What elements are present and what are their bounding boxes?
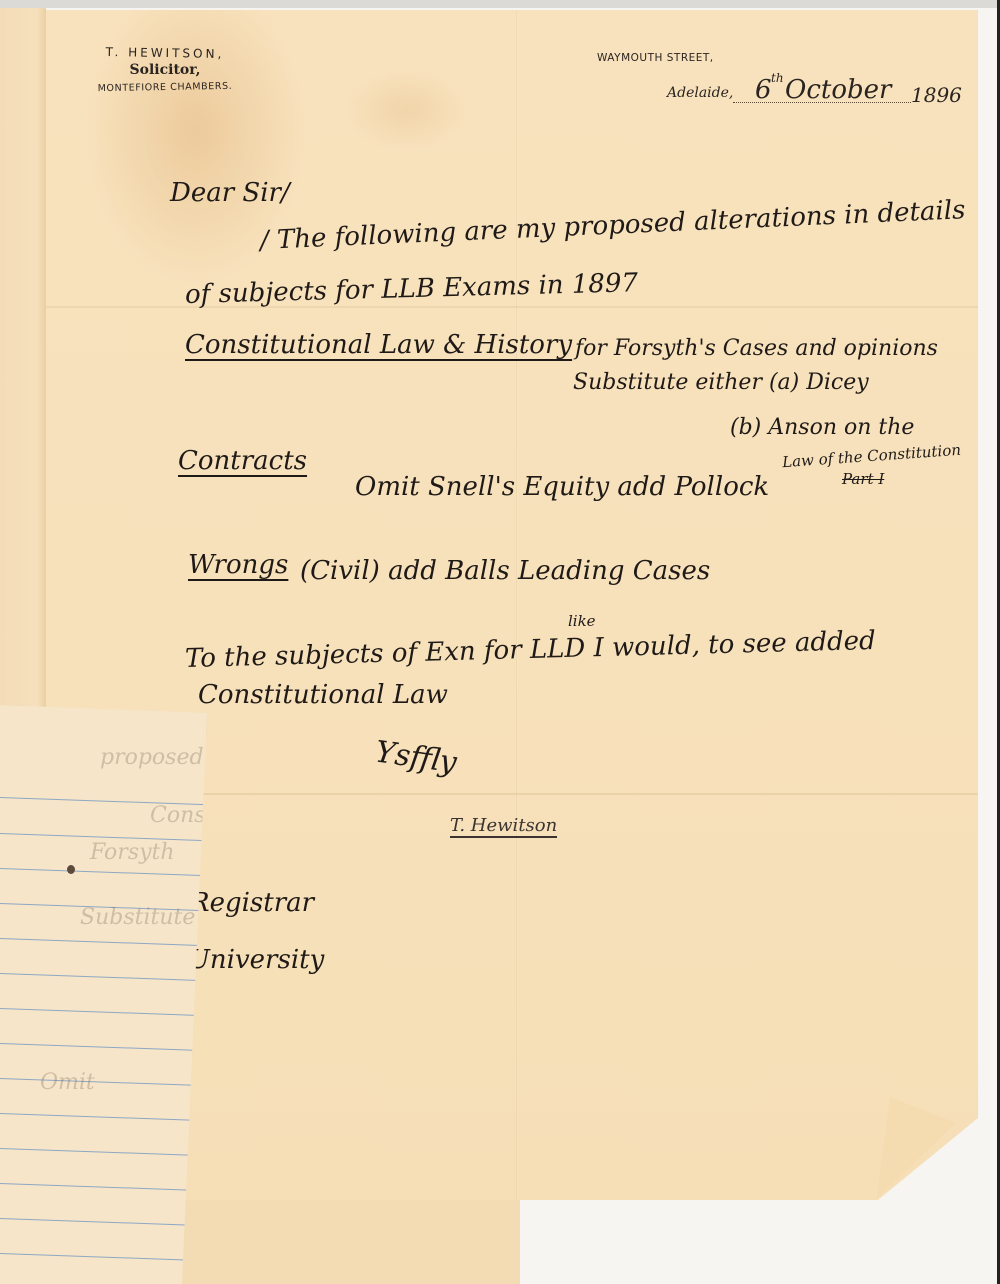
date-day: 6 (755, 75, 772, 105)
letterhead-name: T. HEWITSON, (80, 45, 250, 62)
letterhead-right: WAYMOUTH STREET, (597, 52, 714, 64)
contracts-note: Omit Snell's Equity add Pollock (355, 472, 769, 502)
subject-note: for Forsyth's Cases and opinions (575, 336, 938, 361)
ghost-text: Forsyth (90, 840, 175, 865)
salutation: Dear Sir/ (170, 178, 290, 208)
substitute-line: Substitute either (a) Dicey (573, 370, 869, 395)
date-year: 1896 (911, 83, 962, 107)
scan-border (0, 0, 1000, 8)
letterhead-title: Solicitor, (80, 62, 250, 78)
closing-line-2: Constitutional Law (198, 680, 448, 710)
subject-contracts: Contracts (178, 446, 307, 476)
letterhead-street: WAYMOUTH STREET, (597, 52, 714, 64)
struck-text: Part I (842, 470, 884, 488)
recipient-line-2: University (188, 945, 324, 975)
recipient-line-1: Registrar (190, 888, 314, 918)
notepad-sheet: proposed altera Consti Forsyth Substitut… (0, 705, 207, 1284)
date-month: October (785, 75, 891, 105)
letterhead-address: MONTEFIORE CHAMBERS. (80, 81, 250, 95)
wrongs-note: (Civil) add Balls Leading Cases (300, 556, 710, 586)
subject-constitutional-law: Constitutional Law & History (185, 330, 572, 360)
alternative-b-line: (b) Anson on the (730, 415, 914, 440)
fold-crease-vertical (516, 10, 518, 1200)
ghost-text: Consti (150, 803, 207, 828)
date-city: Adelaide, (667, 85, 733, 101)
date-line: Adelaide, 6 th October 1896 (667, 77, 967, 111)
ghost-text: Substitute (80, 905, 195, 930)
subject-wrongs: Wrongs (188, 550, 288, 580)
letterhead-left: T. HEWITSON, Solicitor, MONTEFIORE CHAMB… (80, 46, 250, 93)
signature: T. Hewitson (450, 815, 557, 838)
ghost-text: proposed altera (100, 745, 207, 770)
date-suffix: th (771, 71, 784, 85)
inserted-word: like (568, 612, 596, 630)
hole-mark (67, 865, 75, 874)
ghost-text: Omit (40, 1070, 95, 1095)
